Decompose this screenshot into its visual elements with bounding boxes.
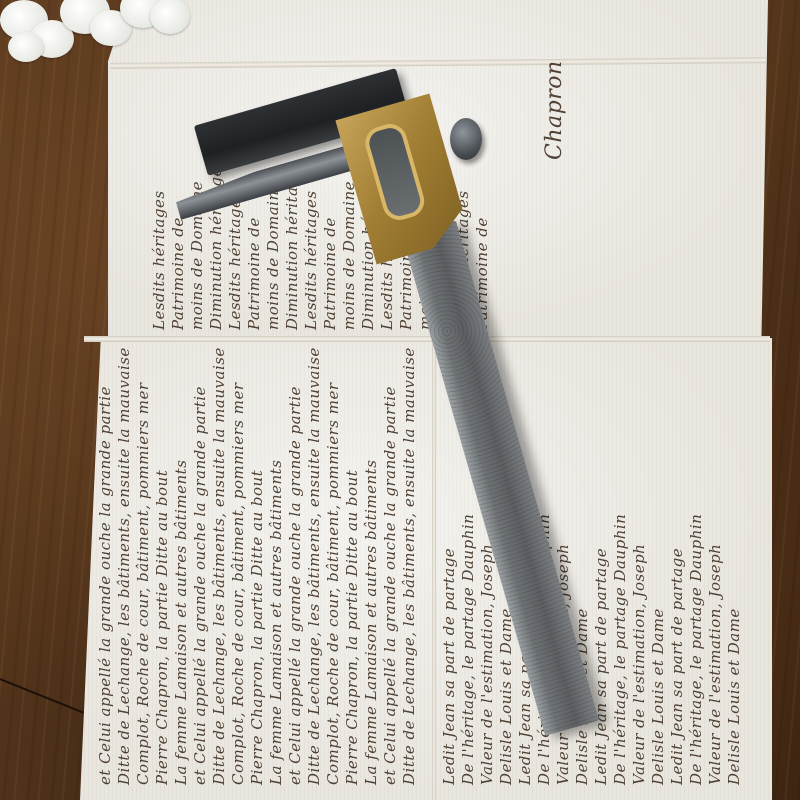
quill-cutting-tool <box>0 0 800 800</box>
steel-blade <box>402 221 599 736</box>
thumb-screw <box>450 118 482 160</box>
brass-slot <box>361 120 428 224</box>
